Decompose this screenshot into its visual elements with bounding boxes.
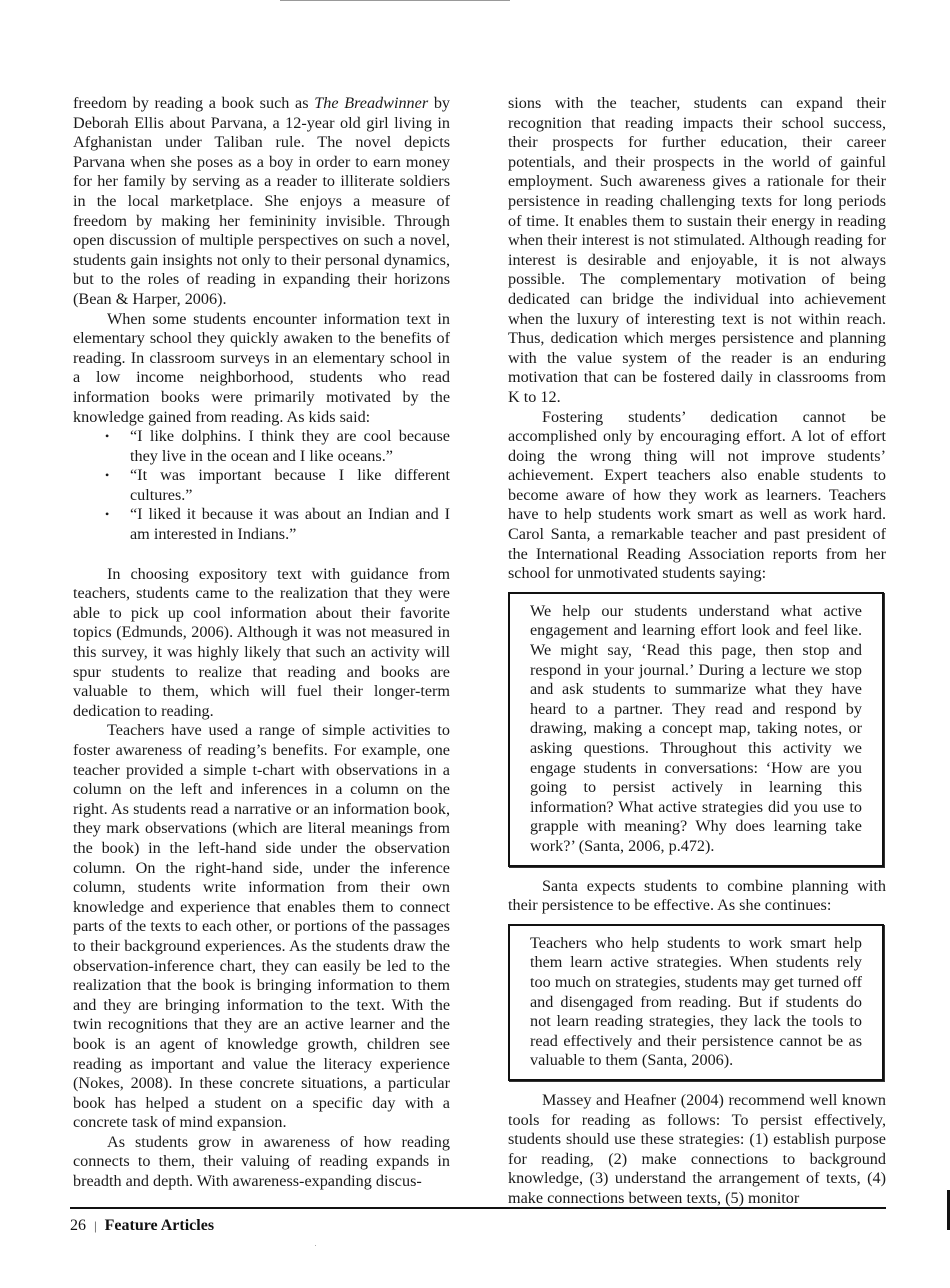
- list-item: •“It was important because I like differ…: [130, 466, 450, 505]
- paragraph: As students grow in awareness of how rea…: [73, 1133, 450, 1192]
- paragraph: Fostering students’ dedication cannot be…: [508, 408, 886, 584]
- block-quote-santa-1: We help our students understand what act…: [508, 592, 884, 867]
- spacer: [73, 545, 450, 565]
- section-name: Feature Articles: [105, 1217, 214, 1234]
- scan-speck: [315, 1245, 316, 1246]
- paragraph: In choosing expository text with guidanc…: [73, 565, 450, 722]
- quote-text: We help our students understand what act…: [530, 602, 862, 857]
- paragraph: freedom by reading a book such as The Br…: [73, 94, 450, 310]
- list-item: •“I liked it because it was about an Ind…: [130, 505, 450, 544]
- paragraph: Massey and Heafner (2004) recommend well…: [508, 1091, 886, 1209]
- footer-rule: [70, 1207, 886, 1209]
- paragraph: Teachers have used a range of simple act…: [73, 721, 450, 1132]
- bullet-icon: •: [105, 466, 109, 486]
- page-footer: 26|Feature Articles: [70, 1216, 214, 1236]
- page-number: 26: [70, 1217, 86, 1234]
- right-column: sions with the teacher, students can exp…: [508, 94, 886, 1208]
- list-item: •“I like dolphins. I think they are cool…: [130, 427, 450, 466]
- book-title: The Breadwinner: [314, 94, 428, 112]
- top-scan-rule: [280, 0, 510, 1]
- paragraph: sions with the teacher, students can exp…: [508, 94, 886, 408]
- left-column: freedom by reading a book such as The Br…: [73, 94, 450, 1192]
- quote-text: Teachers who help students to work smart…: [530, 934, 862, 1071]
- kids-quotes-list: •“I like dolphins. I think they are cool…: [73, 427, 450, 545]
- bullet-icon: •: [105, 427, 109, 447]
- paragraph: When some students encounter information…: [73, 310, 450, 428]
- paragraph: Santa expects students to combine planni…: [508, 877, 886, 916]
- footer-separator: |: [94, 1218, 97, 1233]
- block-quote-santa-2: Teachers who help students to work smart…: [508, 924, 884, 1081]
- bullet-icon: •: [105, 505, 109, 525]
